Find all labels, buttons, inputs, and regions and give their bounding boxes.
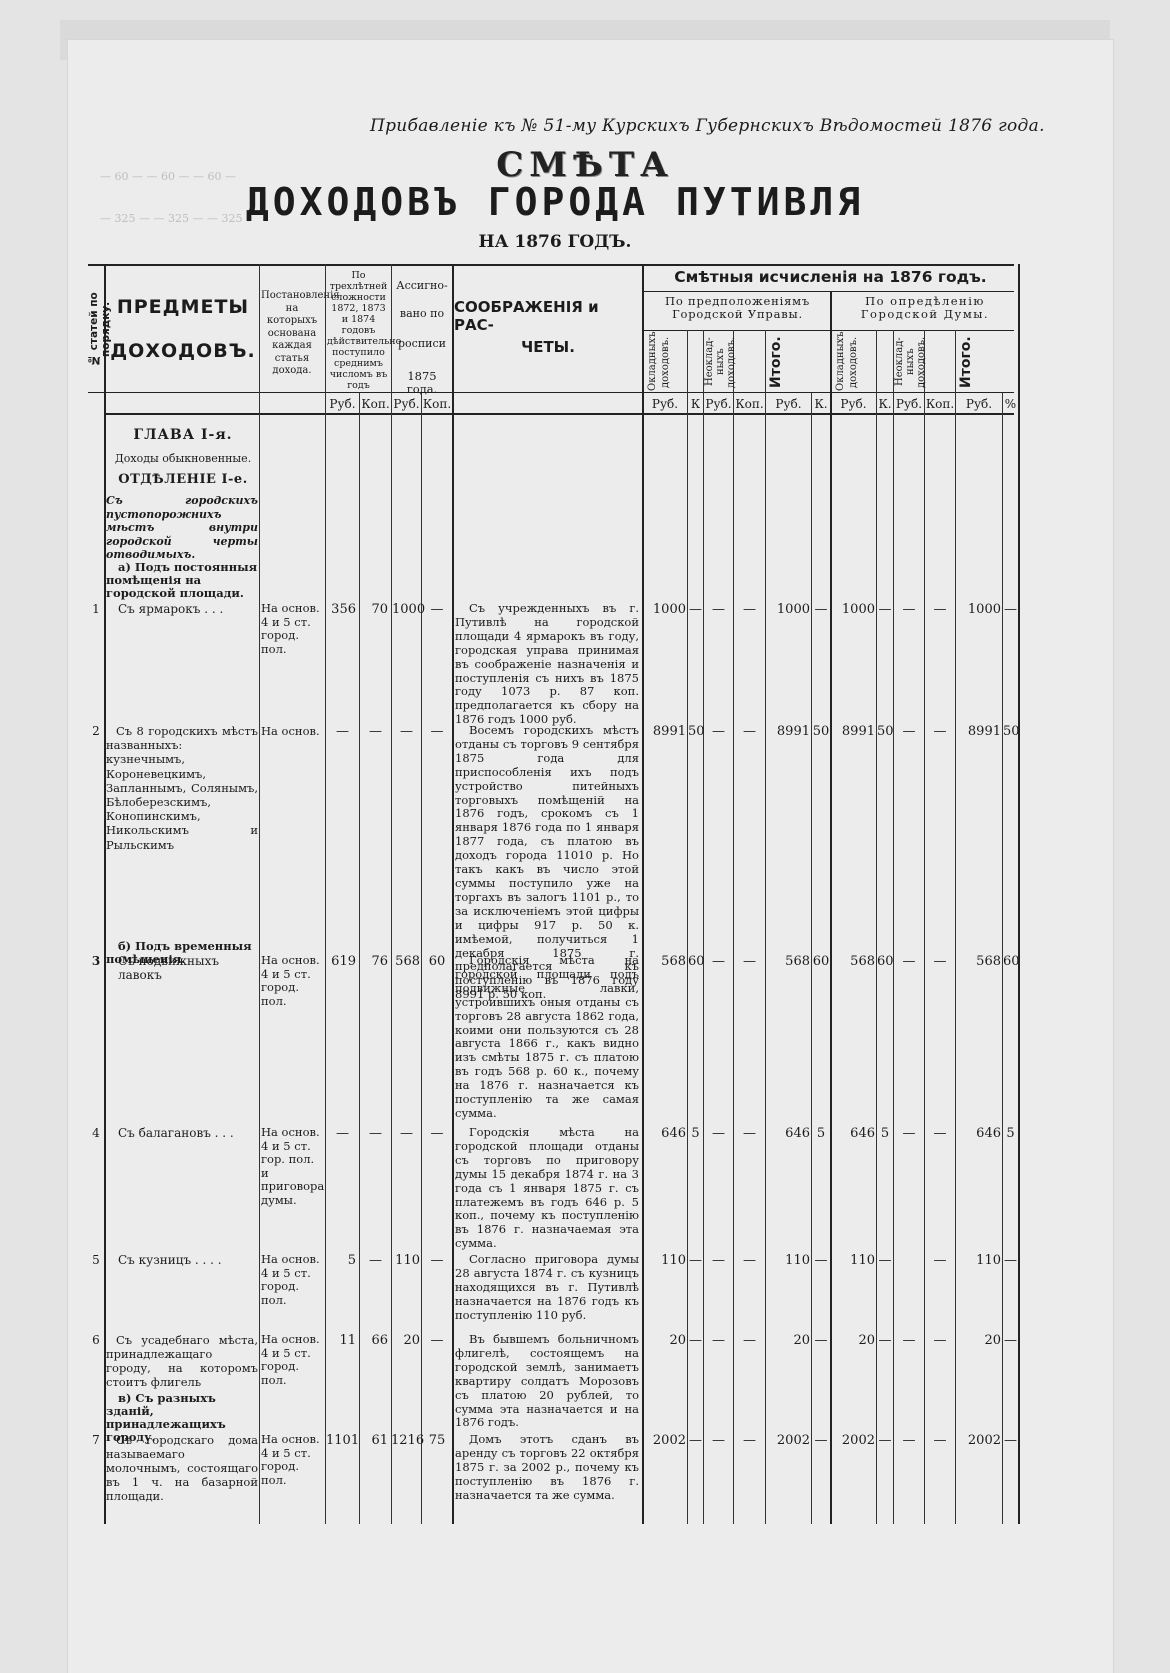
u-neokl-rub: —: [704, 1433, 733, 1448]
row-item: Съ 8 городскихъ мѣстъ названныхъ: кузнеч…: [106, 724, 258, 852]
d-okl-k: 5: [877, 1126, 893, 1141]
subgroup-border: [642, 330, 1014, 331]
row-assigned-kop: —: [422, 1253, 452, 1268]
d-okl-k: —: [877, 1433, 893, 1448]
row-basis: На основ. 4 и 5 ст. город. пол.: [261, 1253, 324, 1307]
row-assigned-kop: —: [422, 1126, 452, 1141]
d-itogo-k: 60: [1003, 954, 1018, 969]
row-item: Съ кузницъ . . . .: [108, 1253, 258, 1267]
d-neokl-rub: —: [894, 1433, 924, 1448]
col-divider: [452, 264, 454, 1524]
bleed-through-text: — 325 — — 325 — — 325: [100, 212, 242, 225]
row-number: 5: [88, 1253, 104, 1267]
d-itogo-rub: 646: [956, 1126, 1001, 1141]
header-assigned-1: Ассигно-: [392, 280, 452, 293]
u-okl-rub: 646: [643, 1126, 686, 1141]
unit-rub: Руб.: [643, 397, 687, 411]
header-duma-neokladnykh: Неоклад-ныхъ доходовъ.: [894, 333, 954, 391]
u-okl-k: 5: [688, 1126, 703, 1141]
row-assigned-kop: —: [422, 724, 452, 739]
col-divider: [259, 264, 260, 1524]
d-itogo-k: 50: [1003, 724, 1018, 739]
u-neokl-kop: —: [734, 602, 765, 617]
d-itogo-rub: 568: [956, 954, 1001, 969]
table-top-border: [88, 264, 1014, 266]
row-reasons: Домъ этотъ сданъ въ аренду съ торговъ 22…: [455, 1433, 639, 1503]
d-itogo-rub: 2002: [956, 1433, 1001, 1448]
row-basis: На основ. 4 и 5 ст. гор. пол. и приговор…: [261, 1126, 324, 1207]
u-neokl-rub: —: [704, 1126, 733, 1141]
d-itogo-rub: 8991: [956, 724, 1001, 739]
unit-rub: Руб.: [326, 397, 359, 411]
d-neokl-kop: —: [925, 1333, 955, 1348]
header-items-line2: ДОХОДОВЪ.: [108, 340, 258, 362]
bleed-through-text: — 60 — — 60 — — 60 —: [100, 170, 236, 183]
header-reasons-line2: ЧЕТЫ.: [454, 338, 642, 356]
department-heading: ОТДѢЛЕНІЕ I-е.: [108, 472, 258, 487]
header-three-year-average: По трехлѣтней сложности 1872, 1873 и 187…: [327, 270, 390, 391]
row-avg-kop: 76: [360, 954, 388, 969]
header-assigned-2: вано по: [392, 308, 452, 321]
u-itogo-k: 60: [812, 954, 830, 969]
d-okl-k: —: [877, 1253, 893, 1268]
row-assigned-kop: 75: [422, 1433, 452, 1448]
u-neokl-kop: —: [734, 954, 765, 969]
u-okl-k: —: [688, 1333, 703, 1348]
header-basis: Постановленія на которыхъ основана кажда…: [261, 290, 323, 378]
u-okl-k: —: [688, 602, 703, 617]
d-okl-rub: 8991: [831, 724, 875, 739]
d-neokl-rub: —: [894, 1333, 924, 1348]
u-okl-k: —: [688, 1433, 703, 1448]
d-itogo-k: —: [1003, 1253, 1018, 1268]
chapter-subheading: Доходы обыкновенные.: [108, 452, 258, 465]
d-okl-rub: 646: [831, 1126, 875, 1141]
row-number: 4: [88, 1126, 104, 1140]
d-okl-rub: 20: [831, 1333, 875, 1348]
header-uprava-neokladnykh: Неоклад-ныхъ доходовъ.: [704, 333, 764, 391]
row-item: Съ подвижныхъ лавокъ: [108, 954, 258, 982]
u-neokl-rub: —: [704, 954, 733, 969]
d-itogo-rub: 110: [956, 1253, 1001, 1268]
row-assigned-rub: 568: [392, 954, 420, 969]
u-neokl-rub: —: [704, 724, 733, 739]
row-assigned-rub: 20: [392, 1333, 420, 1348]
unit-k: К.: [812, 397, 830, 411]
header-duma-itogo: Итого.: [958, 333, 1018, 391]
d-itogo-k: 5: [1003, 1126, 1018, 1141]
row-avg-kop: —: [360, 1126, 391, 1141]
header-items-line1: ПРЕДМЕТЫ: [108, 296, 258, 318]
department-description: Съ городскихъ пустопорожнихъ мѣстъ внутр…: [106, 494, 258, 562]
unit-k: К: [688, 397, 703, 411]
unit-rub: Руб.: [956, 397, 1002, 411]
row-item: Съ ярмарокъ . . .: [108, 602, 258, 616]
row-reasons: Городскія мѣста на городской площади отд…: [455, 1126, 639, 1251]
unit-rub: Руб.: [894, 397, 924, 411]
d-itogo-k: —: [1003, 602, 1018, 617]
table-right-border: [1018, 264, 1020, 1524]
header-assigned-3: росписи: [392, 338, 452, 351]
d-neokl-kop: —: [925, 1126, 955, 1141]
d-neokl-kop: —: [925, 1253, 955, 1268]
d-neokl-kop: —: [925, 602, 955, 617]
d-okl-rub: 2002: [831, 1433, 875, 1448]
d-neokl-rub: —: [894, 724, 924, 739]
header-duma: По опредѣленію Городской Думы.: [833, 295, 1017, 321]
row-basis: На основ. 4 и 5 ст. город. пол.: [261, 602, 324, 656]
u-itogo-rub: 646: [766, 1126, 810, 1141]
row-assigned-rub: —: [392, 1126, 421, 1141]
row-avg-rub: —: [326, 724, 359, 739]
row-avg-kop: 70: [360, 602, 388, 617]
unit-rub: Руб.: [831, 397, 876, 411]
d-okl-k: 60: [877, 954, 893, 969]
unit-rub: Руб.: [704, 397, 733, 411]
row-basis: На основ.: [261, 724, 324, 738]
u-neokl-rub: —: [704, 1333, 733, 1348]
row-avg-kop: —: [360, 1253, 391, 1268]
d-neokl-kop: —: [925, 954, 955, 969]
u-okl-k: 60: [688, 954, 703, 969]
u-itogo-rub: 110: [766, 1253, 810, 1268]
row-basis: На основ. 4 и 5 ст. город. пол.: [261, 954, 324, 1008]
u-neokl-kop: —: [734, 1253, 765, 1268]
d-neokl-rub: —: [894, 954, 924, 969]
unit-pct: %: [1003, 397, 1018, 411]
d-itogo-k: —: [1003, 1433, 1018, 1448]
d-neokl-kop: —: [925, 724, 955, 739]
row-assigned-rub: —: [392, 724, 421, 739]
supplement-line: Прибавленіе къ № 51-му Курскихъ Губернск…: [370, 116, 1045, 136]
u-itogo-rub: 8991: [766, 724, 810, 739]
d-okl-rub: 1000: [831, 602, 875, 617]
row-number: 7: [88, 1433, 104, 1447]
u-itogo-rub: 2002: [766, 1433, 810, 1448]
header-row-number: № статей по порядку.: [88, 268, 104, 390]
unit-kop: Коп.: [422, 397, 452, 411]
u-okl-rub: 8991: [643, 724, 686, 739]
unit-kop: Коп.: [925, 397, 955, 411]
u-okl-rub: 1000: [643, 602, 686, 617]
u-okl-k: —: [688, 1253, 703, 1268]
header-uprava-okladnykh: Окладныхъ доходовъ.: [646, 333, 686, 391]
u-itogo-k: —: [812, 602, 830, 617]
u-neokl-kop: —: [734, 724, 765, 739]
row-number: 1: [88, 602, 104, 616]
row-number: 2: [88, 724, 104, 738]
row-item: Съ городскаго дома называемаго молочнымъ…: [106, 1433, 258, 1503]
page-subtitle: НА 1876 ГОДЪ.: [0, 232, 1110, 252]
d-okl-k: —: [877, 602, 893, 617]
row-avg-rub: 1101: [326, 1433, 357, 1448]
u-neokl-kop: —: [734, 1333, 765, 1348]
row-avg-rub: 5: [326, 1253, 356, 1268]
u-okl-rub: 20: [643, 1333, 686, 1348]
d-okl-rub: 110: [831, 1253, 875, 1268]
d-okl-rub: 568: [831, 954, 875, 969]
header-assigned-4: 1875 года.: [392, 370, 452, 395]
d-itogo-rub: 1000: [956, 602, 1001, 617]
header-uprava: По предположеніямъ Городской Управы.: [645, 295, 830, 321]
d-neokl-kop: —: [925, 1433, 955, 1448]
u-okl-rub: 568: [643, 954, 686, 969]
header-duma-okladnykh: Окладныхъ доходовъ.: [834, 333, 874, 391]
row-avg-rub: —: [326, 1126, 359, 1141]
u-itogo-rub: 1000: [766, 602, 810, 617]
estimates-title-border: [642, 291, 1014, 292]
u-itogo-k: —: [812, 1433, 830, 1448]
row-avg-kop: 66: [360, 1333, 388, 1348]
unit-rub: Руб.: [766, 397, 811, 411]
u-itogo-rub: 568: [766, 954, 810, 969]
u-itogo-k: 5: [812, 1126, 830, 1141]
header-uprava-itogo: Итого.: [768, 333, 830, 391]
header-reasons-line1: СООБРАЖЕНІЯ и РАС-: [454, 298, 642, 334]
row-reasons: Въ бывшемъ больничномъ флигелѣ, состояще…: [455, 1333, 639, 1430]
row-avg-kop: 61: [360, 1433, 388, 1448]
row-number: 6: [88, 1333, 104, 1347]
row-item: Съ усадебнаго мѣста, принадлежащаго горо…: [106, 1333, 258, 1389]
units-row-border: [105, 413, 1014, 415]
header-estimates-title: Смѣтныя исчисленія на 1876 годъ.: [643, 268, 1018, 286]
d-okl-k: 50: [877, 724, 893, 739]
u-okl-k: 50: [688, 724, 703, 739]
unit-kop: Коп.: [360, 397, 391, 411]
row-basis: На основ. 4 и 5 ст. город. пол.: [261, 1333, 324, 1387]
row-assigned-rub: 110: [392, 1253, 420, 1268]
row-avg-rub: 619: [326, 954, 356, 969]
u-neokl-kop: —: [734, 1433, 765, 1448]
d-itogo-k: —: [1003, 1333, 1018, 1348]
row-avg-rub: 11: [326, 1333, 356, 1348]
row-assigned-kop: 60: [422, 954, 452, 969]
row-reasons: Городскія мѣста на городской площади под…: [455, 954, 639, 1121]
u-itogo-k: —: [812, 1333, 830, 1348]
row-item: Съ балагановъ . . .: [108, 1126, 258, 1140]
u-okl-rub: 110: [643, 1253, 686, 1268]
d-itogo-rub: 20: [956, 1333, 1001, 1348]
row-reasons: Съ учрежденныхъ въ г. Путивлѣ на городск…: [455, 602, 639, 727]
chapter-heading: ГЛАВА I-я.: [108, 427, 258, 443]
row-avg-rub: 356: [326, 602, 356, 617]
row-assigned-kop: —: [422, 1333, 452, 1348]
u-neokl-kop: —: [734, 1126, 765, 1141]
u-itogo-rub: 20: [766, 1333, 810, 1348]
u-neokl-rub: —: [704, 1253, 733, 1268]
u-itogo-k: —: [812, 1253, 830, 1268]
u-itogo-k: 50: [812, 724, 830, 739]
row-number: 3: [88, 954, 104, 968]
unit-kop: Коп.: [734, 397, 765, 411]
u-okl-rub: 2002: [643, 1433, 686, 1448]
row-assigned-kop: —: [422, 602, 452, 617]
u-neokl-rub: —: [704, 602, 733, 617]
row-assigned-rub: 1000: [392, 602, 420, 617]
d-neokl-rub: —: [894, 1126, 924, 1141]
subsection-a: а) Подъ постоянныя помѣщенія на городско…: [106, 561, 258, 600]
row-assigned-rub: 1216: [391, 1433, 420, 1448]
unit-rub: Руб.: [392, 397, 421, 411]
row-basis: На основ. 4 и 5 ст. город. пол.: [261, 1433, 324, 1487]
row-reasons: Согласно приговора думы 28 августа 1874 …: [455, 1253, 639, 1323]
d-neokl-rub: —: [894, 602, 924, 617]
d-okl-k: —: [877, 1333, 893, 1348]
unit-k: К.: [877, 397, 893, 411]
row-avg-kop: —: [360, 724, 391, 739]
